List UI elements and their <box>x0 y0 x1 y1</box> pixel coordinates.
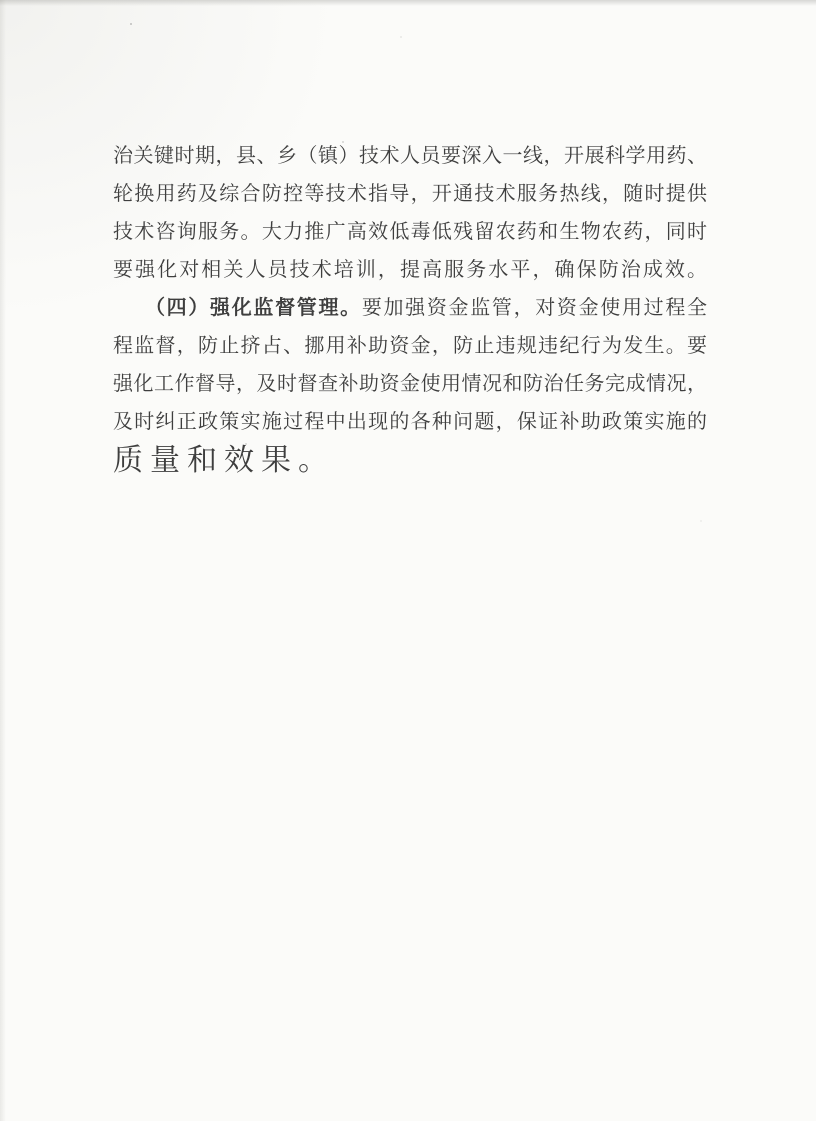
text-line: 程监督，防止挤占、挪用补助资金，防止违规违纪行为发生。要 <box>113 327 707 365</box>
text-line: 轮换用药及综合防控等技术指导，开通技术服务热线，随时提供 <box>113 175 707 213</box>
text-line: （四）强化监督管理。要加强资金监管，对资金使用过程全 <box>113 289 707 327</box>
text-line: 治关键时期，县、乡（镇）技术人员要深入一线，开展科学用药、 <box>113 137 707 175</box>
text-line: 及时纠正政策实施过程中出现的各种问题，保证补助政策实施的 <box>113 403 707 441</box>
text-line-last: 质量和效果。 <box>113 441 707 481</box>
text-line: 技术咨询服务。大力推广高效低毒低残留农药和生物农药，同时 <box>113 213 707 251</box>
text-line: 要强化对相关人员技术培训，提高服务水平，确保防治成效。 <box>113 251 707 289</box>
scan-specks <box>0 0 2 2</box>
section-heading: （四）强化监督管理。 <box>145 297 362 319</box>
text-line: 强化工作督导，及时督查补助资金使用情况和防治任务完成情况， <box>113 365 707 403</box>
document-text: 治关键时期，县、乡（镇）技术人员要深入一线，开展科学用药、 轮换用药及综合防控等… <box>113 137 707 481</box>
scanned-page: 治关键时期，县、乡（镇）技术人员要深入一线，开展科学用药、 轮换用药及综合防控等… <box>0 0 816 1121</box>
scan-edge-shadow-top <box>0 0 816 6</box>
text-run: 要加强资金监管，对资金使用过程全 <box>362 297 707 319</box>
scan-edge-shadow-left <box>0 0 6 1121</box>
